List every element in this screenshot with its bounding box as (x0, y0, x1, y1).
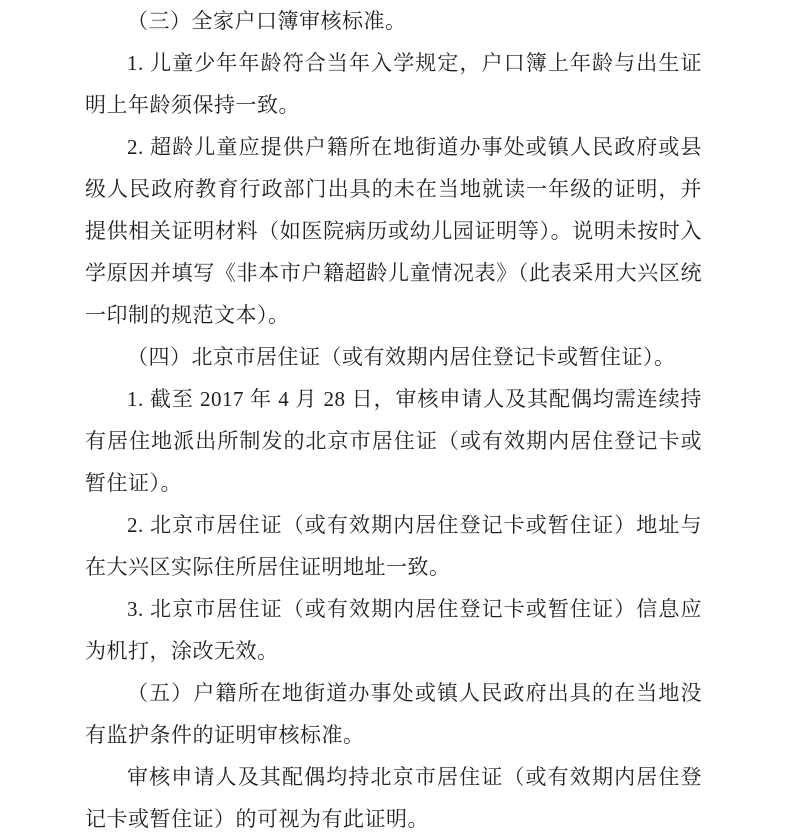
section-4-item-3-machine-printed: 3. 北京市居住证（或有效期内居住登记卡或暂住证）信息应为机打，涂改无效。 (85, 588, 702, 672)
section-3-item-2-overage-children: 2. 超龄儿童应提供户籍所在地街道办事处或镇人民政府或县级人民政府教育行政部门出… (85, 126, 702, 336)
section-3-item-1-age-rule: 1. 儿童少年年龄符合当年入学规定，户口簿上年龄与出生证明上年龄须保持一致。 (85, 42, 702, 126)
section-4-item-1-permit-deadline: 1. 截至 2017 年 4 月 28 日，审核申请人及其配偶均需连续持有居住地… (85, 378, 702, 504)
section-3-heading: （三）全家户口簿审核标准。 (85, 0, 702, 42)
section-5-heading: （五）户籍所在地街道办事处或镇人民政府出具的在当地没有监护条件的证明审核标准。 (85, 672, 702, 756)
document-page: （三）全家户口簿审核标准。 1. 儿童少年年龄符合当年入学规定，户口簿上年龄与出… (0, 0, 787, 835)
document-body: （三）全家户口簿审核标准。 1. 儿童少年年龄符合当年入学规定，户口簿上年龄与出… (85, 0, 702, 835)
section-5-guardianship-proof-note: 审核申请人及其配偶均持北京市居住证（或有效期内居住登记卡或暂住证）的可视为有此证… (85, 756, 702, 835)
section-4-heading: （四）北京市居住证（或有效期内居住登记卡或暂住证）。 (85, 336, 702, 378)
section-4-item-2-address-match: 2. 北京市居住证（或有效期内居住登记卡或暂住证）地址与在大兴区实际住所居住证明… (85, 504, 702, 588)
